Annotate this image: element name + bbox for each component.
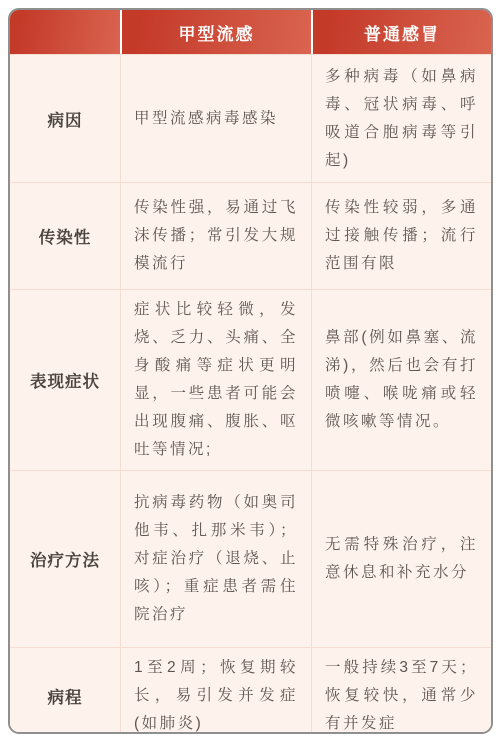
cause-cold-cell: 多种病毒（如鼻病毒、冠状病毒、呼吸道合胞病毒等引起) <box>311 54 491 182</box>
contagiousness-flu-cell: 传染性强，易通过飞沫传播；常引发大规模流行 <box>120 182 311 289</box>
contagiousness-flu-text: 传染性强，易通过飞沫传播；常引发大规模流行 <box>134 194 298 278</box>
table-row-symptoms: 表现症状 症状比较轻微，发烧、乏力、头痛、全身酸痛等症状更明显，一些患者可能会出… <box>10 289 491 470</box>
symptoms-flu-text: 症状比较轻微，发烧、乏力、头痛、全身酸痛等症状更明显，一些患者可能会出现腹痛、腹… <box>134 296 298 464</box>
header-corner-cell <box>10 10 120 54</box>
row-label-cause: 病因 <box>10 54 120 182</box>
table-row-treatment: 治疗方法 抗病毒药物（如奥司他韦、扎那米韦）；对症治疗（退烧、止咳）；重症患者需… <box>10 470 491 647</box>
cause-flu-cell: 甲型流感病毒感染 <box>120 54 311 182</box>
table-row-cause: 病因 甲型流感病毒感染 多种病毒（如鼻病毒、冠状病毒、呼吸道合胞病毒等引起) <box>10 54 491 182</box>
course-flu-text: 1至2周；恢复期较长，易引发并发症(如肺炎) <box>134 654 298 734</box>
row-label-course: 病程 <box>10 647 120 734</box>
course-flu-cell: 1至2周；恢复期较长，易引发并发症(如肺炎) <box>120 647 311 734</box>
header-influenza-a: 甲型流感 <box>120 10 311 54</box>
row-label-treatment: 治疗方法 <box>10 470 120 647</box>
treatment-cold-text: 无需特殊治疗，注意休息和补充水分 <box>325 531 478 587</box>
symptoms-cold-text: 鼻部(例如鼻塞、流涕)，然后也会有打喷嚏、喉咙痛或轻微咳嗽等情况。 <box>325 324 478 436</box>
row-label-contagiousness: 传染性 <box>10 182 120 289</box>
treatment-flu-text: 抗病毒药物（如奥司他韦、扎那米韦）；对症治疗（退烧、止咳）；重症患者需住院治疗 <box>134 489 298 629</box>
course-cold-text: 一般持续3至7天；恢复较快，通常少有并发症 <box>325 654 478 734</box>
course-cold-cell: 一般持续3至7天；恢复较快，通常少有并发症 <box>311 647 491 734</box>
contagiousness-cold-cell: 传染性较弱，多通过接触传播；流行范围有限 <box>311 182 491 289</box>
table-row-course: 病程 1至2周；恢复期较长，易引发并发症(如肺炎) 一般持续3至7天；恢复较快，… <box>10 647 491 734</box>
page: 甲型流感 普通感冒 病因 甲型流感病毒感染 多种病毒（如鼻病毒、冠状病毒、呼吸道… <box>0 0 501 742</box>
treatment-flu-cell: 抗病毒药物（如奥司他韦、扎那米韦）；对症治疗（退烧、止咳）；重症患者需住院治疗 <box>120 470 311 647</box>
header-common-cold: 普通感冒 <box>311 10 491 54</box>
symptoms-cold-cell: 鼻部(例如鼻塞、流涕)，然后也会有打喷嚏、喉咙痛或轻微咳嗽等情况。 <box>311 289 491 470</box>
treatment-cold-cell: 无需特殊治疗，注意休息和补充水分 <box>311 470 491 647</box>
cause-cold-text: 多种病毒（如鼻病毒、冠状病毒、呼吸道合胞病毒等引起) <box>325 63 478 175</box>
contagiousness-cold-text: 传染性较弱，多通过接触传播；流行范围有限 <box>325 194 478 278</box>
row-label-symptoms: 表现症状 <box>10 289 120 470</box>
cause-flu-text: 甲型流感病毒感染 <box>134 105 298 133</box>
symptoms-flu-cell: 症状比较轻微，发烧、乏力、头痛、全身酸痛等症状更明显，一些患者可能会出现腹痛、腹… <box>120 289 311 470</box>
flu-vs-cold-comparison-table: 甲型流感 普通感冒 病因 甲型流感病毒感染 多种病毒（如鼻病毒、冠状病毒、呼吸道… <box>8 8 493 734</box>
table-header-row: 甲型流感 普通感冒 <box>10 10 491 54</box>
table-row-contagiousness: 传染性 传染性强，易通过飞沫传播；常引发大规模流行 传染性较弱，多通过接触传播；… <box>10 182 491 289</box>
